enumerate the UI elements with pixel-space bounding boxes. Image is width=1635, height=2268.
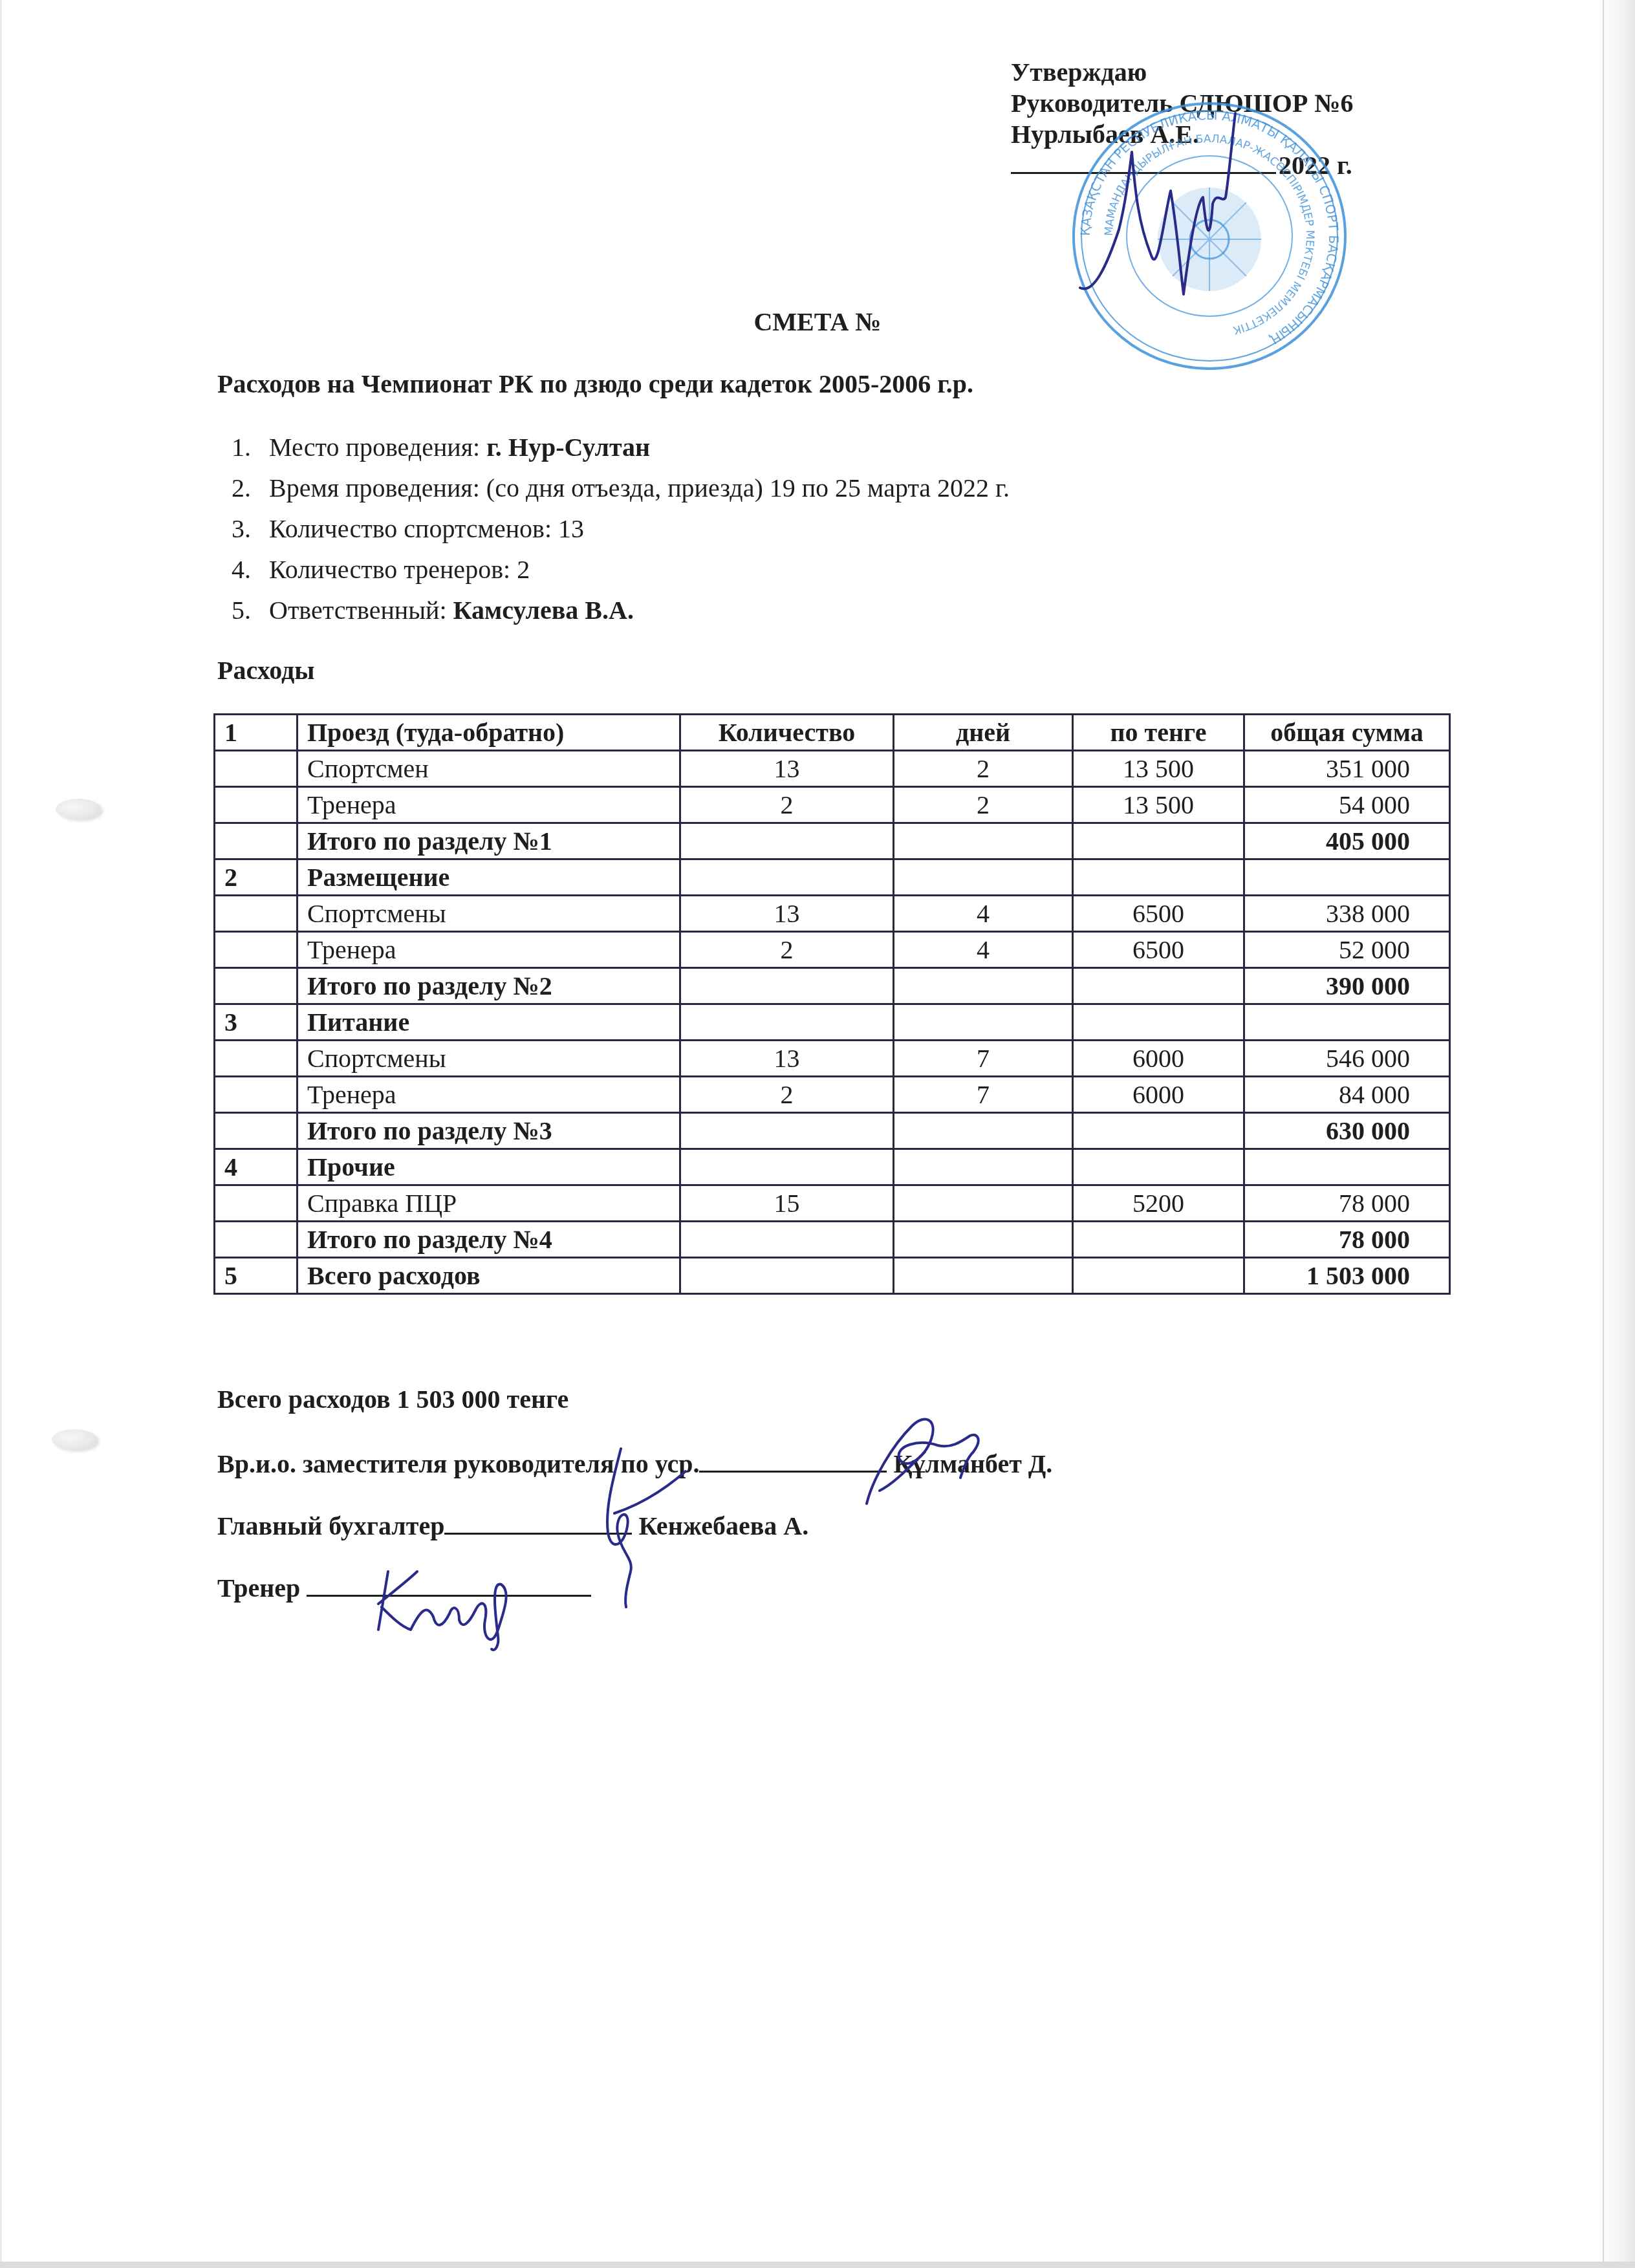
unit-price-cell: 6000 — [1073, 1041, 1244, 1077]
item-name-cell: Спортсмен — [298, 751, 680, 787]
unit-price-cell — [1073, 1004, 1244, 1041]
event-info-list: 1.Место проведения: г. Нур-Султан 2.Врем… — [232, 427, 1010, 631]
quantity-cell: 13 — [680, 751, 894, 787]
unit-price-cell — [1073, 1113, 1244, 1149]
days-cell: 4 — [894, 932, 1073, 968]
total-amount-cell — [1244, 1004, 1450, 1041]
row-number-cell — [215, 1185, 298, 1222]
table-row-item: Спортсмены1376000546 000 — [215, 1041, 1450, 1077]
coach-signature-icon — [362, 1559, 569, 1656]
table-row-item: Тренера2213 50054 000 — [215, 787, 1450, 823]
total-amount-cell: 630 000 — [1244, 1113, 1450, 1149]
unit-price-cell: 13 500 — [1073, 787, 1244, 823]
quantity-cell: 15 — [680, 1185, 894, 1222]
unit-price-cell: по тенге — [1073, 715, 1244, 751]
days-cell — [894, 1222, 1073, 1258]
page-edge-bottom — [0, 2262, 1635, 2268]
deputy-signature-icon — [841, 1407, 1022, 1517]
accountant-signature-row: Главный бухгалтер Кенжебаева А. — [217, 1511, 808, 1541]
item-name-cell: Тренера — [298, 1077, 680, 1113]
row-number-cell — [215, 1041, 298, 1077]
total-amount-cell: 405 000 — [1244, 823, 1450, 859]
row-number-cell — [215, 1077, 298, 1113]
quantity-cell — [680, 823, 894, 859]
row-number-cell — [215, 932, 298, 968]
days-cell: 7 — [894, 1041, 1073, 1077]
item-name-cell: Прочие — [298, 1149, 680, 1185]
days-cell: 7 — [894, 1077, 1073, 1113]
accountant-signature-icon — [569, 1442, 698, 1610]
unit-price-cell: 6500 — [1073, 932, 1244, 968]
unit-price-cell — [1073, 968, 1244, 1004]
total-amount-cell: 338 000 — [1244, 896, 1450, 932]
coach-label: Тренер — [217, 1573, 300, 1603]
item-name-cell: Спортсмены — [298, 1041, 680, 1077]
quantity-cell — [680, 968, 894, 1004]
row-number-cell: 5 — [215, 1258, 298, 1294]
row-number-cell — [215, 968, 298, 1004]
info-item: 5.Ответственный: Камсулева В.А. — [232, 590, 1010, 631]
page-edge-left — [0, 0, 2, 2268]
unit-price-cell: 6500 — [1073, 896, 1244, 932]
expenses-label: Расходы — [217, 655, 314, 686]
unit-price-cell: 6000 — [1073, 1077, 1244, 1113]
quantity-cell — [680, 1258, 894, 1294]
quantity-cell — [680, 1149, 894, 1185]
budget-table: 1Проезд (туда-обратно)Количестводнейпо т… — [213, 713, 1451, 1295]
total-amount-cell — [1244, 1149, 1450, 1185]
days-cell — [894, 1004, 1073, 1041]
total-amount-cell: 351 000 — [1244, 751, 1450, 787]
total-amount-cell: 78 000 — [1244, 1185, 1450, 1222]
item-name-cell: Итого по разделу №4 — [298, 1222, 680, 1258]
days-cell: дней — [894, 715, 1073, 751]
table-row-section: 4Прочие — [215, 1149, 1450, 1185]
punch-hole-bottom — [52, 1429, 97, 1450]
table-row-item: Спортсмены1346500338 000 — [215, 896, 1450, 932]
quantity-cell — [680, 1113, 894, 1149]
total-amount-cell: 390 000 — [1244, 968, 1450, 1004]
info-item: 1.Место проведения: г. Нур-Султан — [232, 427, 1010, 468]
quantity-cell — [680, 1004, 894, 1041]
unit-price-cell — [1073, 1258, 1244, 1294]
item-name-cell: Тренера — [298, 787, 680, 823]
unit-price-cell: 5200 — [1073, 1185, 1244, 1222]
item-name-cell: Итого по разделу №2 — [298, 968, 680, 1004]
quantity-cell — [680, 1222, 894, 1258]
table-row-item: Справка ПЦР15520078 000 — [215, 1185, 1450, 1222]
info-item: 2.Время проведения: (со дня отъезда, при… — [232, 468, 1010, 508]
quantity-cell: 13 — [680, 1041, 894, 1077]
item-name-cell: Итого по разделу №1 — [298, 823, 680, 859]
row-number-cell — [215, 823, 298, 859]
total-amount-cell — [1244, 859, 1450, 896]
table-row-item: Спортсмен13213 500351 000 — [215, 751, 1450, 787]
row-number-cell — [215, 896, 298, 932]
item-name-cell: Всего расходов — [298, 1258, 680, 1294]
table-row-section: 2Размещение — [215, 859, 1450, 896]
table-row-section: 3Питание — [215, 1004, 1450, 1041]
days-cell: 2 — [894, 787, 1073, 823]
venue-value: г. Нур-Султан — [486, 433, 650, 462]
total-amount-cell: общая сумма — [1244, 715, 1450, 751]
item-name-cell: Проезд (туда-обратно) — [298, 715, 680, 751]
approval-heading: Утверждаю — [1011, 57, 1354, 88]
responsible-value: Камсулева В.А. — [453, 596, 634, 625]
total-amount-cell: 52 000 — [1244, 932, 1450, 968]
days-cell — [894, 1185, 1073, 1222]
quantity-cell: Количество — [680, 715, 894, 751]
quantity-cell: 2 — [680, 1077, 894, 1113]
table-row-item: Тренера24650052 000 — [215, 932, 1450, 968]
unit-price-cell — [1073, 1222, 1244, 1258]
table-row-item: Тренера27600084 000 — [215, 1077, 1450, 1113]
unit-price-cell: 13 500 — [1073, 751, 1244, 787]
days-cell — [894, 1149, 1073, 1185]
table-row-subtotal: Итого по разделу №478 000 — [215, 1222, 1450, 1258]
days-cell — [894, 1113, 1073, 1149]
info-item: 3.Количество спортсменов: 13 — [232, 508, 1010, 549]
days-cell — [894, 823, 1073, 859]
document-subtitle: Расходов на Чемпионат РК по дзюдо среди … — [217, 369, 973, 399]
quantity-cell — [680, 859, 894, 896]
total-amount-cell: 54 000 — [1244, 787, 1450, 823]
total-summary: Всего расходов 1 503 000 тенге — [217, 1384, 568, 1414]
total-amount-cell: 78 000 — [1244, 1222, 1450, 1258]
item-name-cell: Справка ПЦР — [298, 1185, 680, 1222]
row-number-cell — [215, 1222, 298, 1258]
row-number-cell — [215, 1113, 298, 1149]
row-number-cell: 4 — [215, 1149, 298, 1185]
days-cell: 2 — [894, 751, 1073, 787]
days-cell: 4 — [894, 896, 1073, 932]
quantity-cell: 2 — [680, 787, 894, 823]
row-number-cell — [215, 787, 298, 823]
row-number-cell — [215, 751, 298, 787]
total-amount-cell: 84 000 — [1244, 1077, 1450, 1113]
quantity-cell: 2 — [680, 932, 894, 968]
accountant-label: Главный бухгалтер — [217, 1511, 444, 1540]
table-row-subtotal: Итого по разделу №3630 000 — [215, 1113, 1450, 1149]
total-amount-cell: 1 503 000 — [1244, 1258, 1450, 1294]
row-number-cell: 2 — [215, 859, 298, 896]
info-item: 4.Количество тренеров: 2 — [232, 549, 1010, 590]
days-cell — [894, 859, 1073, 896]
item-name-cell: Тренера — [298, 932, 680, 968]
page-edge-right — [1596, 0, 1635, 2268]
item-name-cell: Спортсмены — [298, 896, 680, 932]
table-row-header: 1Проезд (туда-обратно)Количестводнейпо т… — [215, 715, 1450, 751]
quantity-cell: 13 — [680, 896, 894, 932]
item-name-cell: Итого по разделу №3 — [298, 1113, 680, 1149]
item-name-cell: Размещение — [298, 859, 680, 896]
document-title: СМЕТА № — [0, 307, 1635, 337]
table-row-total: 5Всего расходов1 503 000 — [215, 1258, 1450, 1294]
unit-price-cell — [1073, 823, 1244, 859]
punch-hole-top — [56, 799, 101, 819]
row-number-cell: 1 — [215, 715, 298, 751]
total-amount-cell: 546 000 — [1244, 1041, 1450, 1077]
table-row-subtotal: Итого по разделу №2390 000 — [215, 968, 1450, 1004]
row-number-cell: 3 — [215, 1004, 298, 1041]
days-cell — [894, 1258, 1073, 1294]
unit-price-cell — [1073, 859, 1244, 896]
item-name-cell: Питание — [298, 1004, 680, 1041]
days-cell — [894, 968, 1073, 1004]
table-row-subtotal: Итого по разделу №1405 000 — [215, 823, 1450, 859]
unit-price-cell — [1073, 1149, 1244, 1185]
